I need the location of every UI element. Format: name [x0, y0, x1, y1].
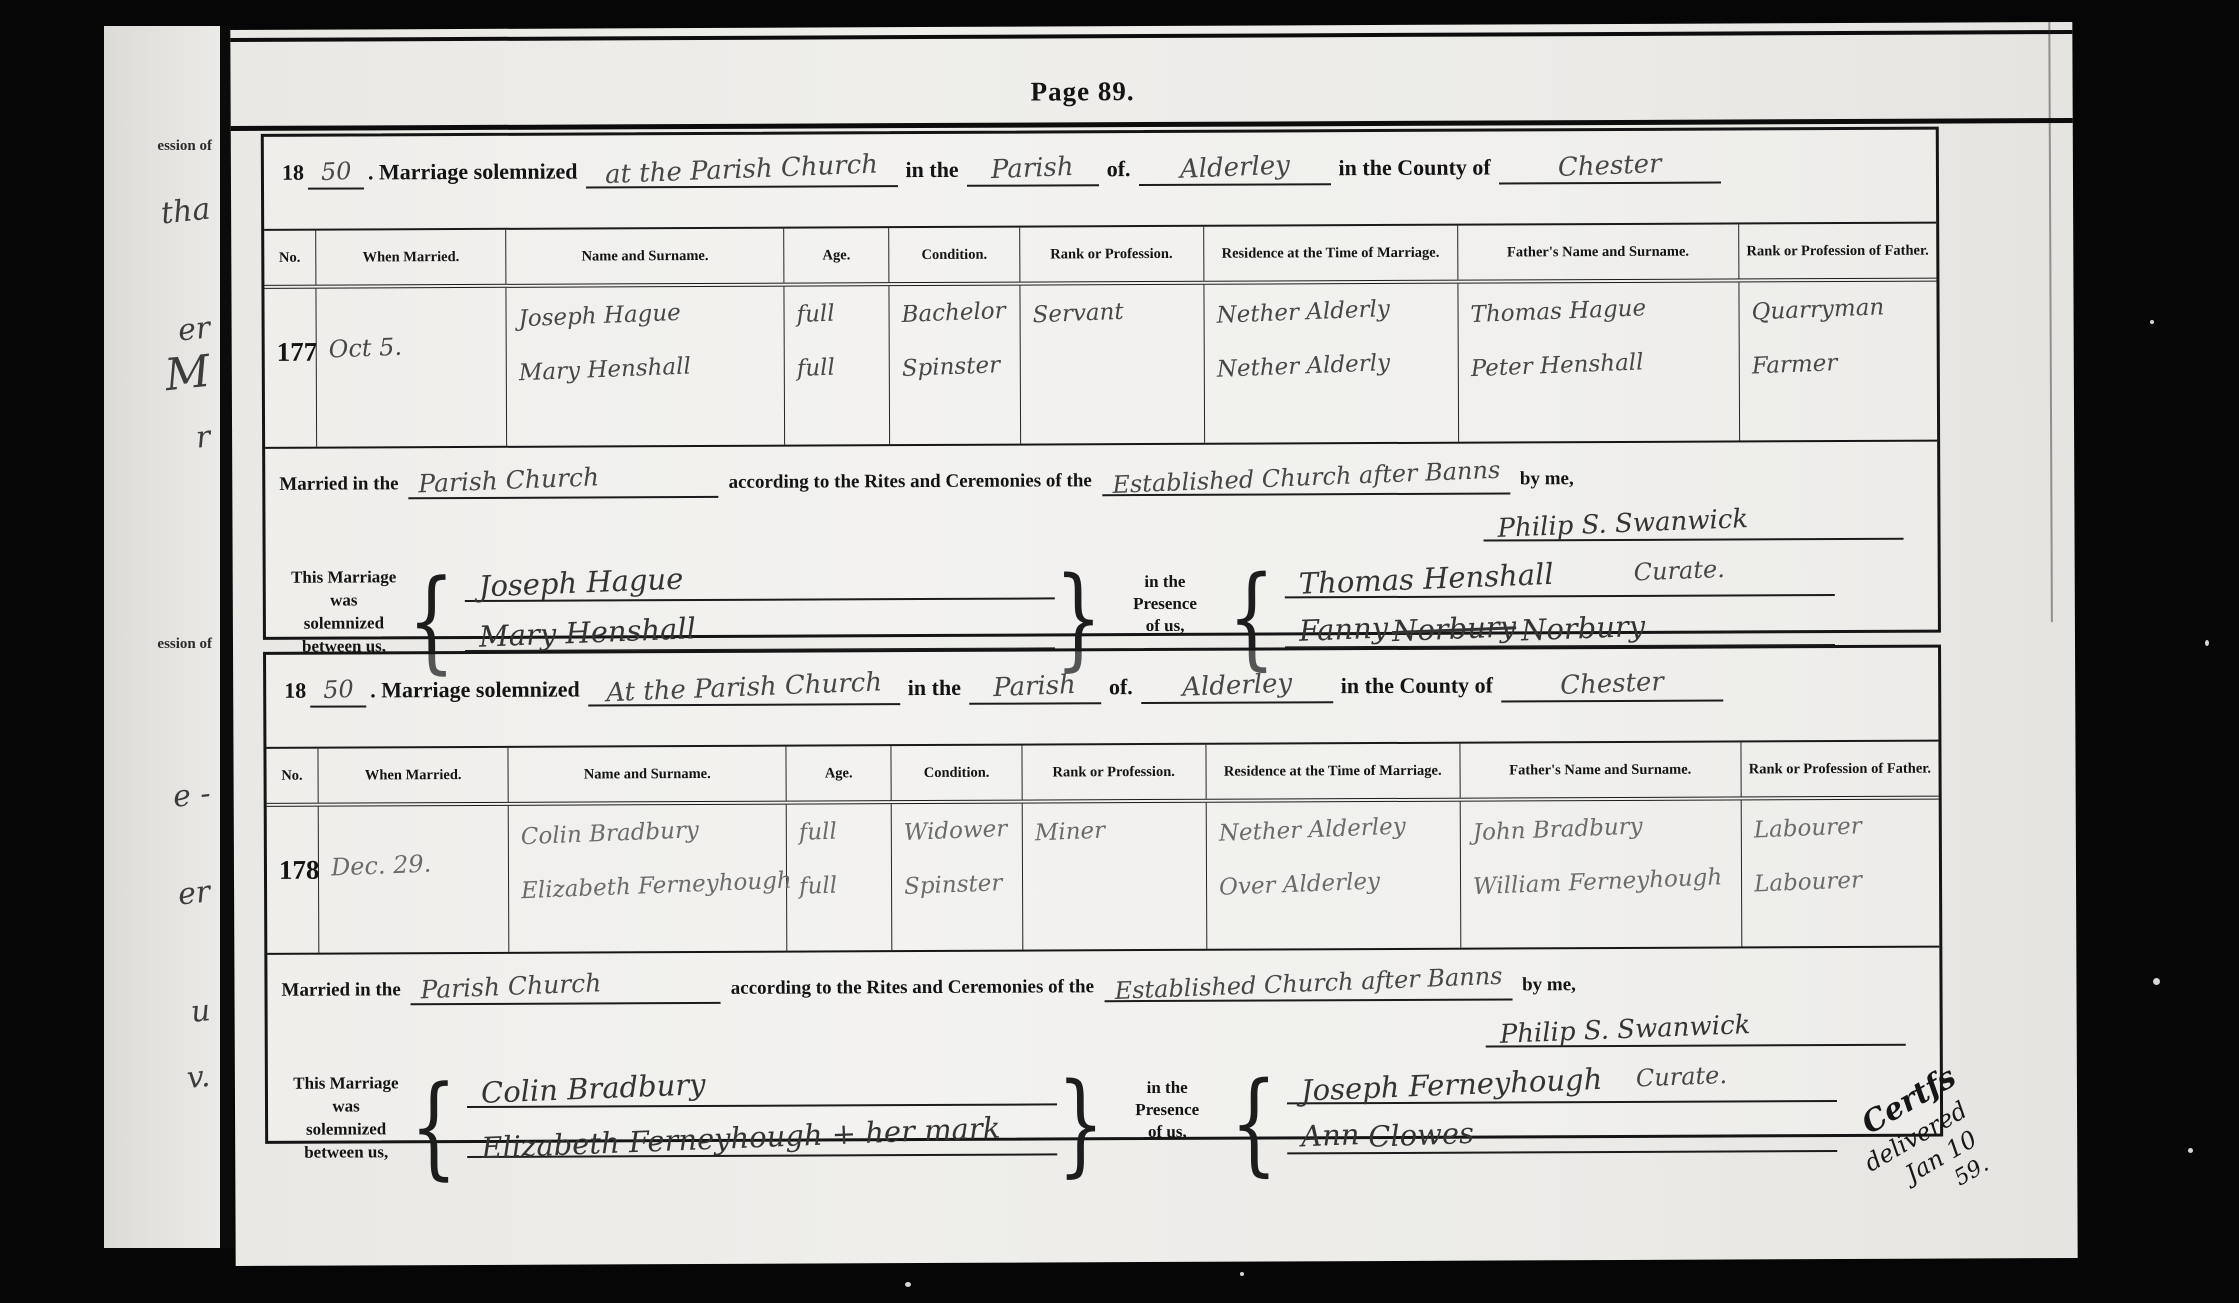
entry-groom-condition: Widower [904, 816, 1014, 848]
col-header-residence: Residence at the Time of Marriage. [1204, 226, 1458, 281]
entry-bride-father-rank: Labourer [1753, 864, 1931, 899]
dust-speck [905, 1282, 911, 1287]
entry-bride-rank [1032, 350, 1195, 356]
parish-handwritten: Parish [993, 670, 1077, 703]
bride-signature: Elizabeth Ferneyhough + her mark [481, 1111, 1001, 1165]
of-label: of. [1109, 674, 1133, 699]
presence-line2: Presence [1110, 593, 1220, 616]
this-marriage-line1: This Marriage [280, 566, 408, 589]
officiant-signature: Philip S. Swanwick [1499, 1010, 1751, 1050]
record-title: . Marriage solemnized [368, 159, 578, 185]
adjacent-handwriting-fragment: er [176, 310, 212, 348]
in-the-label: in the [908, 675, 961, 700]
col-header-age: Age. [786, 746, 892, 800]
entry-groom-name: Colin Bradbury [521, 814, 778, 852]
married-church-handwritten: Parish Church [418, 462, 600, 498]
this-marriage-label: This Marriage was solemnized between us, [282, 1058, 411, 1197]
adjacent-handwriting-fragment: v. [185, 1059, 211, 1096]
adjacent-handwriting-fragment: u [189, 993, 212, 1030]
dust-speck [2153, 978, 2160, 985]
entry-groom-condition: Bachelor [901, 298, 1011, 330]
entry-number: 178 [267, 807, 319, 953]
year-handwritten: 50 [322, 675, 354, 704]
officiant-signature: Philip S. Swanwick [1497, 504, 1749, 544]
this-marriage-line2: was [282, 1095, 410, 1118]
witness2-signature-first: Fanny [1299, 610, 1389, 647]
record-1-header: 1850. Marriage solemnized at the Parish … [264, 130, 1936, 231]
entry-groom-rank: Servant [1032, 296, 1196, 330]
marriage-record-block-2: 1850. Marriage solemnized At the Parish … [263, 645, 1943, 1144]
page-crease [2048, 22, 2053, 622]
col-header-when-married: When Married. [316, 230, 507, 285]
presence-line3: of us, [1110, 615, 1220, 638]
presence-line2: Presence [1112, 1099, 1222, 1122]
col-header-father-rank: Rank or Profession of Father. [1739, 224, 1937, 279]
col-header-rank: Rank or Profession. [1022, 745, 1206, 800]
witness2-signature-surname: Norbury [1520, 609, 1645, 648]
entry-bride-rank [1035, 868, 1198, 874]
parish-handwritten: Parish [991, 152, 1075, 185]
dust-speck [2188, 1148, 2193, 1153]
this-marriage-line3: solemnized [282, 1118, 410, 1141]
by-me-label: by me, [1522, 974, 1576, 995]
entry-groom-age: full [796, 299, 881, 330]
col-header-no: No. [264, 231, 316, 285]
scanned-register-photo: { "page": { "number_label": "Page 89." }… [0, 0, 2239, 1303]
this-marriage-line2: was [280, 589, 408, 612]
dust-speck [2205, 640, 2209, 646]
adjacent-text-fragment: ession of [157, 636, 212, 653]
col-header-age: Age. [784, 228, 890, 282]
record-1-entry-row: 177 Oct 5. Joseph Hague Mary Henshall fu… [264, 282, 1937, 447]
col-header-residence: Residence at the Time of Marriage. [1206, 744, 1460, 799]
entry-bride-age: full [796, 352, 881, 383]
groom-signature: Colin Bradbury [480, 1067, 706, 1110]
presence-line1: in the [1110, 571, 1220, 594]
married-in-the-label: Married in the [279, 473, 398, 495]
record-1-column-headers: No. When Married. Name and Surname. Age.… [264, 224, 1936, 289]
witness2-signature-struck: Norbury [1392, 609, 1517, 648]
county-handwritten: Chester [1557, 149, 1662, 183]
couple-signatures: Colin Bradbury Elizabeth Ferneyhough + h… [457, 1055, 1058, 1196]
county-of-label: in the County of [1341, 673, 1493, 699]
dust-speck [1240, 1272, 1244, 1276]
page-number: Page 89. [1031, 76, 1135, 107]
year-prefix: 18 [284, 678, 306, 703]
entry-bride-father: Peter Henshall [1470, 346, 1731, 384]
col-header-when-married: When Married. [318, 748, 509, 803]
by-me-label: by me, [1520, 468, 1574, 489]
register-page: Page 89. 1850. Marriage solemnized at th… [230, 22, 2077, 1266]
witness-brace: { [1230, 1068, 1278, 1179]
entry-groom-residence: Nether Alderly [1216, 294, 1450, 331]
officiant-title: Curate. [1633, 555, 1725, 587]
col-header-condition: Condition. [892, 746, 1023, 801]
marriage-record-block-1: 1850. Marriage solemnized at the Parish … [261, 127, 1941, 640]
page-top-edge [230, 30, 2072, 42]
record-2-entry-row: 178 Dec. 29. Colin Bradbury Elizabeth Fe… [267, 800, 1940, 953]
entry-groom-father: Thomas Hague [1470, 292, 1731, 330]
col-header-condition: Condition. [889, 228, 1020, 283]
adjacent-handwriting-fragment: er [176, 874, 212, 912]
adjacent-handwriting-fragment: r [194, 419, 212, 455]
entry-groom-residence: Nether Alderley [1218, 812, 1452, 849]
col-header-name-surname: Name and Surname. [507, 229, 785, 284]
entry-bride-residence: Over Alderley [1218, 865, 1452, 902]
col-header-father-rank: Rank or Profession of Father. [1741, 742, 1939, 797]
entry-groom-father-rank: Labourer [1753, 811, 1931, 846]
entry-when-married: Oct 5. [328, 329, 499, 364]
church-handwritten: at the Parish Church [604, 149, 878, 190]
entry-number: 177 [264, 289, 317, 447]
close-brace: } [1057, 1069, 1105, 1180]
officiant-title: Curate. [1635, 1061, 1727, 1093]
adjacent-handwriting-fragment: e - [171, 776, 212, 815]
record-title: . Marriage solemnized [370, 677, 580, 703]
entry-when-married: Dec. 29. [330, 847, 501, 882]
col-header-father: Father's Name and Surname. [1460, 742, 1741, 797]
entry-groom-rank: Miner [1034, 814, 1198, 848]
parish-name-handwritten: Alderley [1181, 668, 1292, 702]
adjacent-page-strip: ession of tha er M r ession of e - er u … [104, 26, 233, 1248]
entry-bride-condition: Spinster [902, 351, 1012, 383]
open-brace: { [410, 1072, 458, 1183]
entry-groom-father: John Bradbury [1472, 810, 1733, 848]
church-handwritten: At the Parish Church [605, 667, 882, 708]
this-marriage-line1: This Marriage [282, 1072, 410, 1095]
year-handwritten: 50 [320, 157, 352, 186]
of-label: of. [1107, 156, 1131, 181]
col-header-no: No. [266, 749, 318, 803]
col-header-father: Father's Name and Surname. [1458, 224, 1739, 279]
record-2-column-headers: No. When Married. Name and Surname. Age.… [266, 742, 1938, 807]
year-prefix: 18 [282, 160, 304, 185]
in-the-label: in the [905, 157, 958, 182]
presence-line3: of us, [1112, 1121, 1222, 1144]
col-header-name-surname: Name and Surname. [509, 747, 787, 802]
married-in-the-label: Married in the [281, 979, 400, 1001]
entry-bride-name: Mary Henshall [519, 350, 776, 388]
entry-bride-age: full [799, 870, 884, 901]
officiant-signature-block: Philip S. Swanwick Curate. [1486, 1010, 1906, 1092]
adjacent-handwriting-fragment: tha [159, 192, 212, 232]
presence-label: in the Presence of us, [1112, 1055, 1223, 1193]
entry-bride-condition: Spinster [904, 869, 1014, 901]
record-2-header: 1850. Marriage solemnized At the Parish … [266, 648, 1938, 749]
parish-name-handwritten: Alderley [1179, 150, 1290, 184]
adjacent-handwriting-fragment: M [162, 346, 212, 401]
record-2-solemnized-section: This Marriage was solemnized between us,… [268, 1046, 1941, 1197]
witness2-signature-surname: Clowes [1367, 1116, 1474, 1154]
married-church-handwritten: Parish Church [420, 968, 602, 1004]
rites-handwritten: Established Church after Banns [1114, 962, 1503, 1005]
entry-groom-name: Joseph Hague [519, 296, 776, 334]
rites-label: according to the Rites and Ceremonies of… [731, 976, 1094, 999]
rites-handwritten: Established Church after Banns [1111, 456, 1500, 499]
county-handwritten: Chester [1560, 667, 1665, 701]
witness2-signature-first: Ann [1301, 1117, 1361, 1153]
presence-line1: in the [1112, 1077, 1222, 1100]
rites-label: according to the Rites and Ceremonies of… [729, 470, 1092, 493]
adjacent-text-fragment: ession of [157, 138, 212, 155]
col-header-rank: Rank or Profession. [1020, 227, 1204, 282]
entry-bride-name: Elizabeth Ferneyhough [521, 868, 778, 906]
entry-groom-father-rank: Quarryman [1751, 293, 1929, 328]
entry-bride-residence: Nether Alderly [1216, 347, 1450, 384]
bride-signature: Mary Henshall [478, 611, 696, 653]
county-of-label: in the County of [1338, 155, 1490, 181]
officiant-signature-block: Philip S. Swanwick Curate. [1483, 504, 1903, 586]
entry-groom-age: full [798, 817, 883, 848]
this-marriage-line3: solemnized [280, 612, 408, 635]
entry-bride-father: William Ferneyhough [1472, 864, 1733, 902]
dust-speck [2150, 320, 2154, 324]
entry-bride-father-rank: Farmer [1751, 346, 1929, 381]
this-marriage-line4: between us, [282, 1141, 410, 1164]
groom-signature: Joseph Hague [478, 561, 684, 603]
